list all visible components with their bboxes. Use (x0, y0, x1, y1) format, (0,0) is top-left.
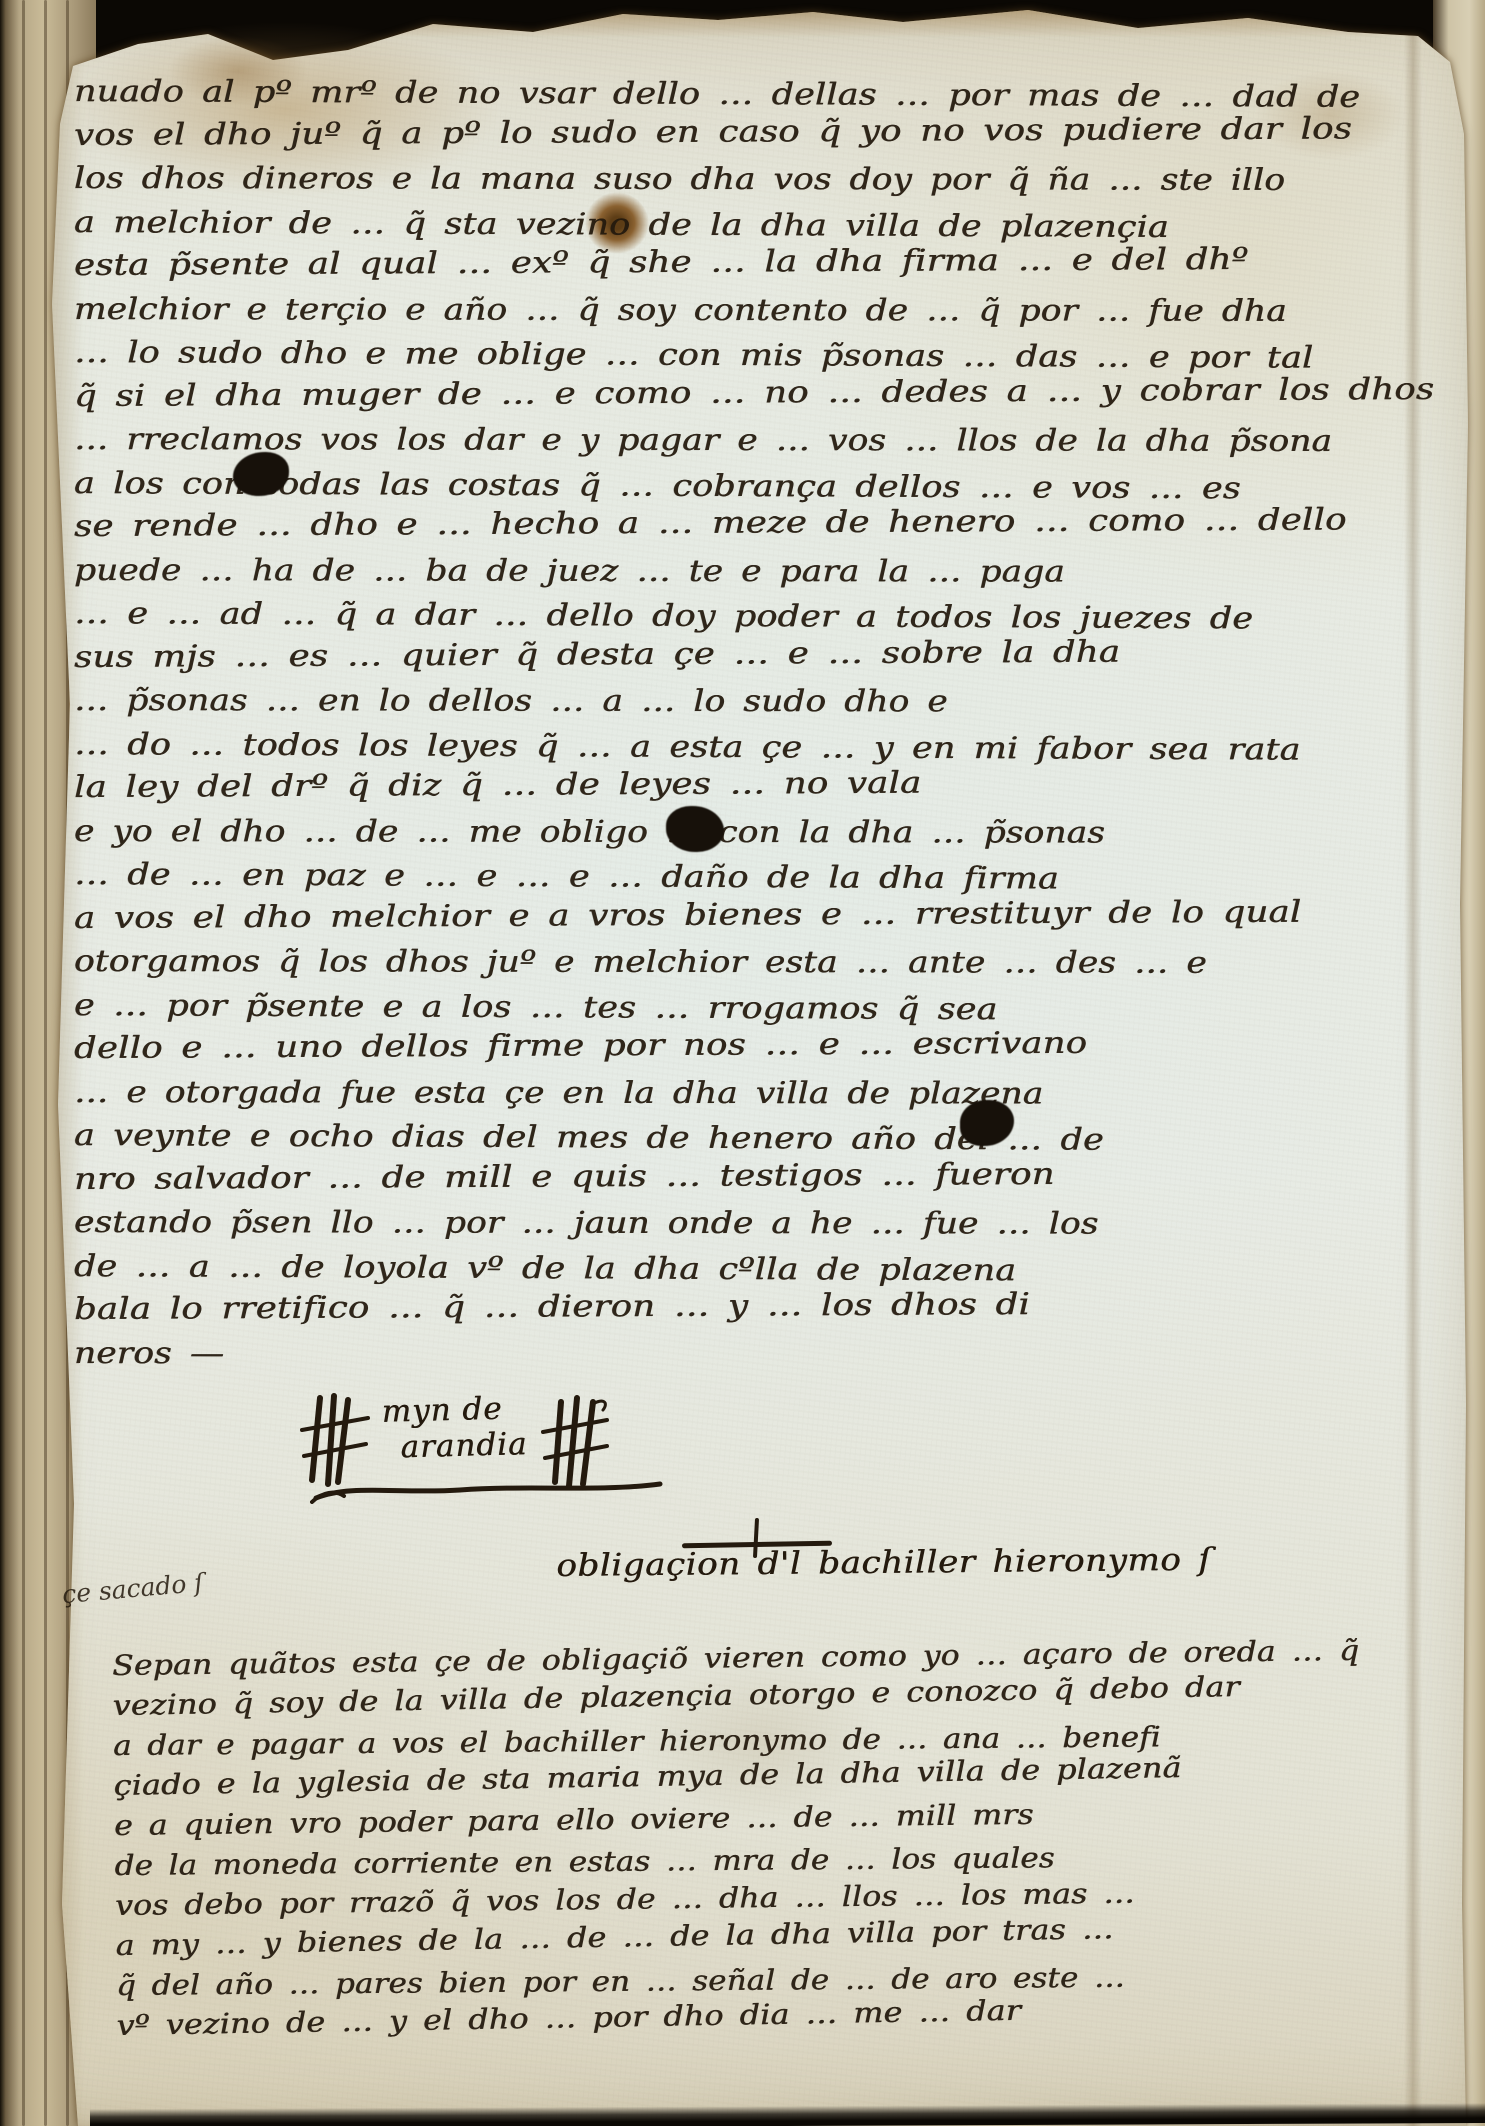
manuscript-line: estando p̃sen llo … por … jaun onde a he… (74, 1201, 1485, 1247)
ink-blot (666, 806, 724, 852)
manuscript-line: melchior e terçio e año … q̃ soy content… (74, 288, 1485, 334)
main-paragraph: nuado al pº mrº de no vsar dello … della… (74, 70, 1414, 1375)
manuscript-line: vos el dho juº q̃ a pº lo sudo en caso q… (74, 105, 1485, 157)
manuscript-line: sus mjs … es … quier q̃ desta çe … e … s… (74, 627, 1485, 679)
manuscript-line: los dhos dineros e la mana suso dha vos … (74, 157, 1485, 203)
rubric-right-icon (537, 1392, 611, 1488)
manuscript-line: puede … ha de … ba de juez … te e para l… (74, 549, 1485, 595)
manuscript-line: q̃ si el dha muger de … e como … no … de… (74, 366, 1485, 418)
manuscript-line: … p̃sonas … en lo dellos … a … lo sudo d… (74, 679, 1485, 725)
signature-line1: myn de (381, 1390, 527, 1430)
manuscript-line: neros — (74, 1332, 1485, 1378)
manuscript-scan: nuado al pº mrº de no vsar dello … della… (0, 0, 1485, 2126)
manuscript-line: … e otorgada fue esta çe en la dha villa… (74, 1071, 1485, 1117)
rubric-left-icon (298, 1392, 372, 1488)
manuscript-line: a vos el dho melchior e a vros bienes e … (74, 888, 1485, 940)
manuscript-line: se rende … dho e … hecho a … meze de hen… (74, 497, 1485, 549)
notary-signature: myn de arandia (298, 1392, 611, 1488)
manuscript-line: … rreclamos vos los dar e y pagar e … vo… (74, 418, 1485, 464)
text-layer: nuado al pº mrº de no vsar dello … della… (0, 0, 1485, 2126)
manuscript-line: dello e … uno dellos firme por nos … e …… (74, 1019, 1485, 1071)
signature-name: myn de arandia (381, 1390, 528, 1466)
section-heading: obligaçion d'l bachiller hieronymo ſ (556, 1542, 1211, 1584)
manuscript-line: otorgamos q̃ los dhos juº e melchior est… (74, 940, 1485, 986)
manuscript-line: bala lo rretifico … q̃ … dieron … y … lo… (74, 1280, 1485, 1332)
manuscript-line: esta p̃sente al qual … exº q̃ she … la d… (74, 236, 1485, 288)
manuscript-line: la ley del drº q̃ diz q̃ … de leyes … no… (74, 758, 1485, 810)
manuscript-line: nro salvador … de mill e quis … testigos… (74, 1149, 1485, 1201)
signature-line2: arandia (400, 1426, 528, 1465)
manuscript-line: e yo el dho … de … me obligo … con la dh… (74, 810, 1485, 856)
signature-flourish-icon (310, 1478, 670, 1504)
obligation-paragraph: Sepan quãtos esta çe de obligaçiõ vieren… (112, 1630, 1447, 2046)
margin-note: çe sacado ſ (61, 1568, 205, 1609)
